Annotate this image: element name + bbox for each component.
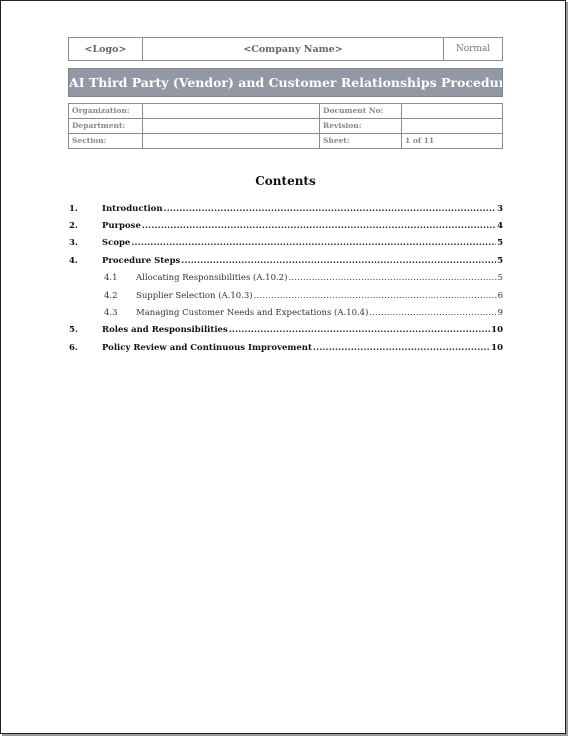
toc-entry-title: Procedure Steps [102,256,180,266]
meta-row: Department: Revision: [69,119,503,134]
document-page: <Logo> <Company Name> Normal AI Third Pa… [0,0,566,734]
section-label: Section: [69,134,143,149]
toc-entry-title: Supplier Selection (A.10.3) [136,291,253,301]
toc-entry-page: 4 [497,221,503,231]
toc-entry-title: Policy Review and Continuous Improvement [102,343,312,353]
toc-entry-number: 4.3 [104,308,136,318]
document-title: AI Third Party (Vendor) and Customer Rel… [68,68,503,97]
toc-entry[interactable]: 4.Procedure Steps5 [69,252,503,269]
toc-entry-title: Introduction [102,204,163,214]
meta-row: Section: Sheet: 1 of 11 [69,134,503,149]
toc-entry[interactable]: 1.Introduction3 [69,200,503,217]
toc-dot-leader [164,204,497,214]
document-no-value [402,104,503,119]
toc-dot-leader [313,343,490,353]
toc-entry[interactable]: 4.1Allocating Responsibilities (A.10.2)5 [69,270,503,287]
toc-entry[interactable]: 6.Policy Review and Continuous Improveme… [69,339,503,356]
toc-entry-title: Roles and Responsibilities [102,325,228,335]
toc-entry-number: 2. [69,221,102,231]
toc-entry-page: 5 [497,238,503,248]
sheet-label: Sheet: [320,134,402,149]
organization-value [143,104,320,119]
document-no-label: Document No: [320,104,402,119]
organization-label: Organization: [69,104,143,119]
meta-row: Organization: Document No: [69,104,503,119]
document-status: Normal [444,38,503,61]
toc-entry-number: 4. [69,256,102,266]
toc-entry-page: 5 [497,256,503,266]
toc-entry-page: 9 [498,308,503,318]
revision-label: Revision: [320,119,402,134]
department-label: Department: [69,119,143,134]
toc-entry-page: 6 [498,291,503,301]
toc-entry[interactable]: 3.Scope5 [69,235,503,252]
toc-entry-number: 1. [69,204,102,214]
toc-dot-leader [142,221,496,231]
revision-value [402,119,503,134]
sheet-value: 1 of 11 [402,134,503,149]
company-name: <Company Name> [143,38,444,61]
toc-entry[interactable]: 5.Roles and Responsibilities10 [69,322,503,339]
contents-heading: Contents [1,174,569,188]
toc-dot-leader [131,238,496,248]
toc-entry-page: 3 [497,204,503,214]
toc-entry-number: 4.2 [104,291,136,301]
toc-dot-leader [254,291,497,301]
toc-entry-page: 10 [491,343,503,353]
toc-entry-number: 4.1 [104,273,136,283]
toc-dot-leader [181,256,496,266]
logo-placeholder: <Logo> [69,38,143,61]
table-of-contents: 1.Introduction32.Purpose43.Scope54.Proce… [69,200,503,357]
toc-dot-leader [229,325,490,335]
toc-entry-number: 5. [69,325,102,335]
toc-entry[interactable]: 4.2Supplier Selection (A.10.3)6 [69,287,503,304]
toc-entry-page: 10 [491,325,503,335]
toc-entry-title: Managing Customer Needs and Expectations… [136,308,368,318]
toc-entry[interactable]: 2.Purpose4 [69,217,503,234]
toc-dot-leader [369,308,496,318]
toc-entry-page: 5 [498,273,503,283]
document-metadata-table: Organization: Document No: Department: R… [68,103,503,149]
section-value [143,134,320,149]
header-table: <Logo> <Company Name> Normal [68,37,503,61]
toc-entry-title: Scope [102,238,130,248]
toc-entry-title: Allocating Responsibilities (A.10.2) [136,273,287,283]
toc-dot-leader [288,273,496,283]
toc-entry[interactable]: 4.3Managing Customer Needs and Expectati… [69,304,503,321]
toc-entry-number: 3. [69,238,102,248]
toc-entry-number: 6. [69,343,102,353]
department-value [143,119,320,134]
toc-entry-title: Purpose [102,221,141,231]
